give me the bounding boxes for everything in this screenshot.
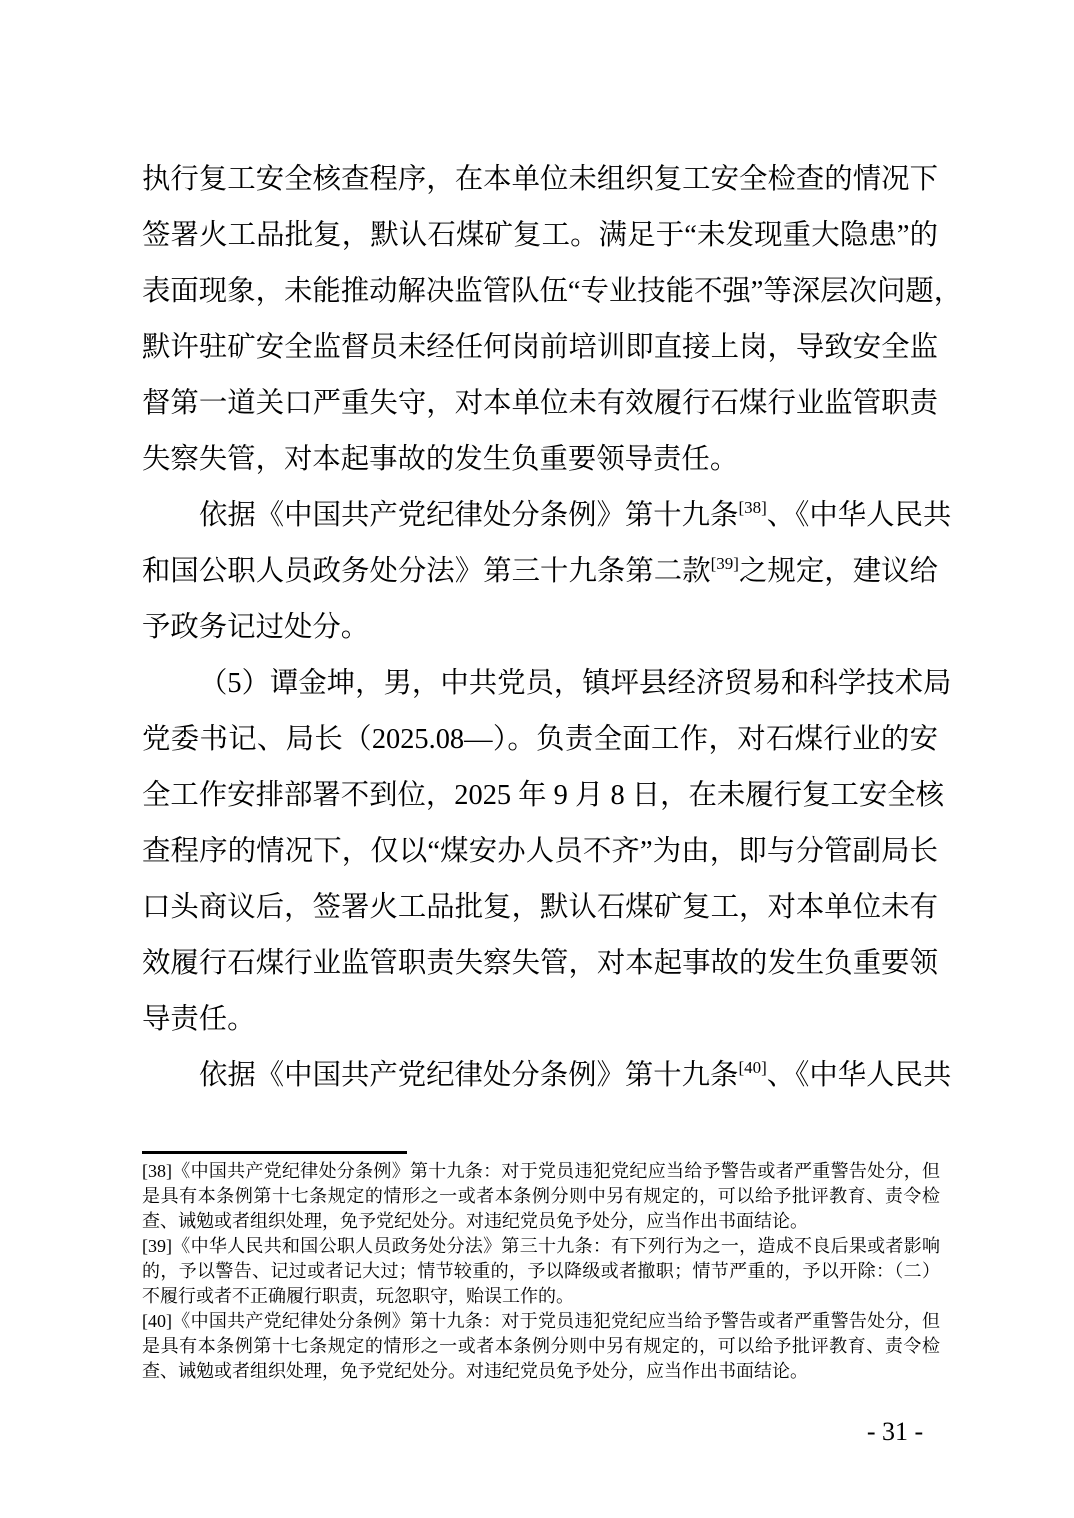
body-line: 失察失管，对本起事故的发生负重要领导责任。 — [142, 432, 938, 488]
body-line: 效履行石煤行业监管职责失察失管，对本起事故的发生负重要领 — [142, 936, 938, 992]
body-line: 督第一道关口严重失守，对本单位未有效履行石煤行业监管职责 — [142, 376, 938, 432]
body-line: 查程序的情况下，仅以“煤安办人员不齐”为由，即与分管副局长 — [142, 824, 938, 880]
body-line: 口头商议后，签署火工品批复，默认石煤矿复工，对本单位未有 — [142, 880, 938, 936]
body-line: （5）谭金坤，男，中共党员，镇坪县经济贸易和科学技术局 — [142, 656, 938, 712]
footnote-separator — [142, 1151, 407, 1154]
body-text: 执行复工安全核查程序，在本单位未组织复工安全检查的情况下签署火工品批复，默认石煤… — [142, 152, 938, 1104]
body-line: 依据《中国共产党纪律处分条例》第十九条[38]、《中华人民共 — [142, 488, 938, 544]
footnote-reference: [40] — [738, 1058, 766, 1077]
footnote-marker: [40] — [142, 1311, 172, 1331]
body-line: 签署火工品批复，默认石煤矿复工。满足于“未发现重大隐患”的 — [142, 208, 938, 264]
document-page: 执行复工安全核查程序，在本单位未组织复工安全检查的情况下签署火工品批复，默认石煤… — [0, 0, 1074, 1518]
body-line: 全工作安排部署不到位，2025 年 9 月 8 日，在未履行复工安全核 — [142, 768, 938, 824]
body-line: 默许驻矿安全监督员未经任何岗前培训即直接上岗，导致安全监 — [142, 320, 938, 376]
body-line: 依据《中国共产党纪律处分条例》第十九条[40]、《中华人民共 — [142, 1048, 938, 1104]
footnote-marker: [38] — [142, 1161, 172, 1181]
footnote-item: [40]《中国共产党纪律处分条例》第十九条：对于党员违犯党纪应当给予警告或者严重… — [142, 1309, 940, 1384]
body-line: 予政务记过处分。 — [142, 600, 938, 656]
body-line: 和国公职人员政务处分法》第三十九条第二款[39]之规定，建议给 — [142, 544, 938, 600]
body-line: 执行复工安全核查程序，在本单位未组织复工安全检查的情况下 — [142, 152, 938, 208]
footnote-reference: [38] — [738, 498, 766, 517]
footnote-reference: [39] — [711, 554, 739, 573]
body-line: 表面现象，未能推动解决监管队伍“专业技能不强”等深层次问题， — [142, 264, 938, 320]
footnote-item: [39]《中华人民共和国公职人员政务处分法》第三十九条：有下列行为之一，造成不良… — [142, 1234, 940, 1309]
page-number: - 31 - — [840, 1417, 950, 1447]
footnote-marker: [39] — [142, 1236, 172, 1256]
footnotes-section: [38]《中国共产党纪律处分条例》第十九条：对于党员违犯党纪应当给予警告或者严重… — [142, 1159, 940, 1384]
footnote-item: [38]《中国共产党纪律处分条例》第十九条：对于党员违犯党纪应当给予警告或者严重… — [142, 1159, 940, 1234]
body-line: 党委书记、局长（2025.08—）。负责全面工作，对石煤行业的安 — [142, 712, 938, 768]
body-line: 导责任。 — [142, 992, 938, 1048]
